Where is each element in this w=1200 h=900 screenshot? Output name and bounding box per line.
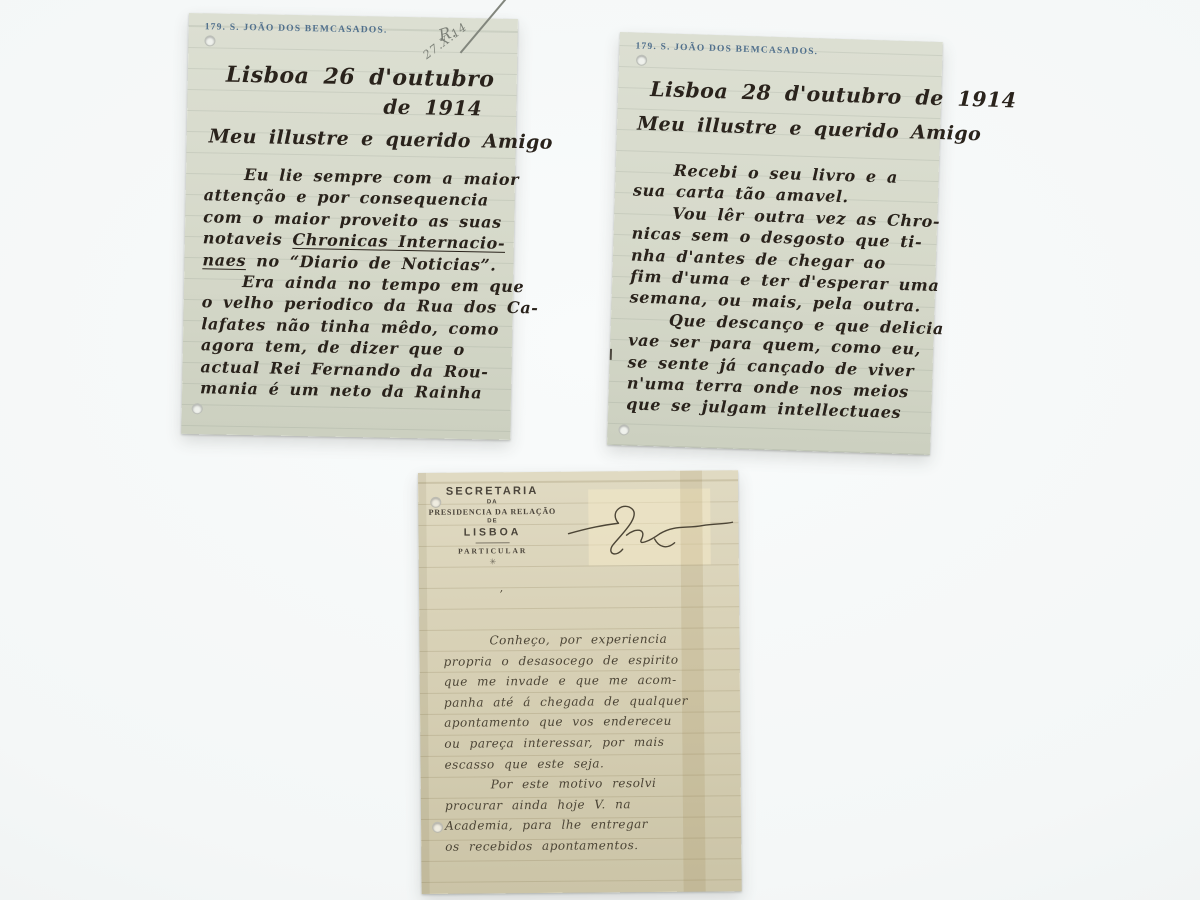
handwritten-line: Por este motivo resolvi bbox=[445, 772, 733, 795]
punch-hole bbox=[430, 497, 441, 508]
date-line-year: de 1914 bbox=[383, 95, 482, 121]
punch-hole bbox=[204, 35, 215, 46]
letterhead-particular: PARTICULAR bbox=[429, 546, 557, 556]
margin-pen-tick bbox=[610, 349, 612, 360]
letterhead-line: LISBOA bbox=[428, 526, 556, 539]
handwritten-line: ou pareça interessar, por mais bbox=[444, 731, 732, 754]
handwritten-line: propria o desasocego de espirito bbox=[444, 649, 732, 672]
letterhead-line: DA bbox=[428, 499, 556, 506]
handwritten-line: apontamento que vos endereceu bbox=[444, 711, 732, 734]
date-line: Lisboa 28 d'outubro de 1914 bbox=[650, 77, 1017, 112]
salutation: Meu illustre e querido Amigo bbox=[637, 113, 982, 146]
salutation: Meu illustre e querido Amigo bbox=[209, 125, 553, 153]
punch-hole bbox=[636, 55, 647, 66]
handwritten-line: panha até á chegada de qualquer bbox=[444, 690, 732, 713]
stray-ink-mark: ʼ bbox=[499, 588, 503, 601]
handwritten-line: procurar ainda hoje V. na bbox=[445, 793, 733, 816]
ink-flourish-inscription bbox=[566, 498, 737, 561]
letter-1: 179. S. JOÃO DOS BEMCASADOS. R. 27.X.14 … bbox=[181, 13, 518, 440]
handwritten-line: Academia, para lhe entregar bbox=[445, 814, 733, 837]
letterhead-rule bbox=[476, 542, 510, 543]
punch-hole bbox=[192, 403, 203, 414]
letterhead-secretaria: SECRETARIA DA PRESIDENCIA DA RELAÇÃO DE … bbox=[428, 485, 557, 567]
date-line: Lisboa 26 d'outubro bbox=[226, 62, 495, 93]
letter-body: Recebi o seu livro e asua carta tão amav… bbox=[626, 159, 931, 425]
handwritten-line: mania é um neto da Rainha bbox=[200, 377, 503, 404]
letter-2: 179. S. JOÃO DOS BEMCASADOS. Lisboa 28 d… bbox=[607, 32, 943, 455]
letterhead-line: SECRETARIA bbox=[428, 485, 556, 498]
punch-hole bbox=[432, 822, 443, 833]
letter-body: Eu lie sempre com a maiorattenção e por … bbox=[200, 163, 507, 404]
handwritten-line: escasso que este seja. bbox=[444, 752, 732, 775]
handwritten-line: Conheço, por experiencia bbox=[443, 628, 731, 651]
letterhead-bemcasados: 179. S. JOÃO DOS BEMCASADOS. bbox=[635, 41, 818, 57]
letterhead-line: DE bbox=[428, 518, 556, 525]
letterhead-line: PRESIDENCIA DA RELAÇÃO bbox=[428, 507, 556, 517]
handwritten-line: os recebidos apontamentos. bbox=[445, 834, 733, 857]
letterhead-bemcasados: 179. S. JOÃO DOS BEMCASADOS. bbox=[205, 22, 388, 35]
printer-ornament: ✳ bbox=[429, 557, 557, 567]
letter-body: Conheço, por experienciapropria o desaso… bbox=[443, 628, 733, 857]
handwritten-line: que me invade e que me acom- bbox=[444, 669, 732, 692]
letter-3: SECRETARIA DA PRESIDENCIA DA RELAÇÃO DE … bbox=[418, 470, 742, 894]
photo-scene: 179. S. JOÃO DOS BEMCASADOS. R. 27.X.14 … bbox=[0, 0, 1200, 900]
punch-hole bbox=[618, 424, 629, 435]
